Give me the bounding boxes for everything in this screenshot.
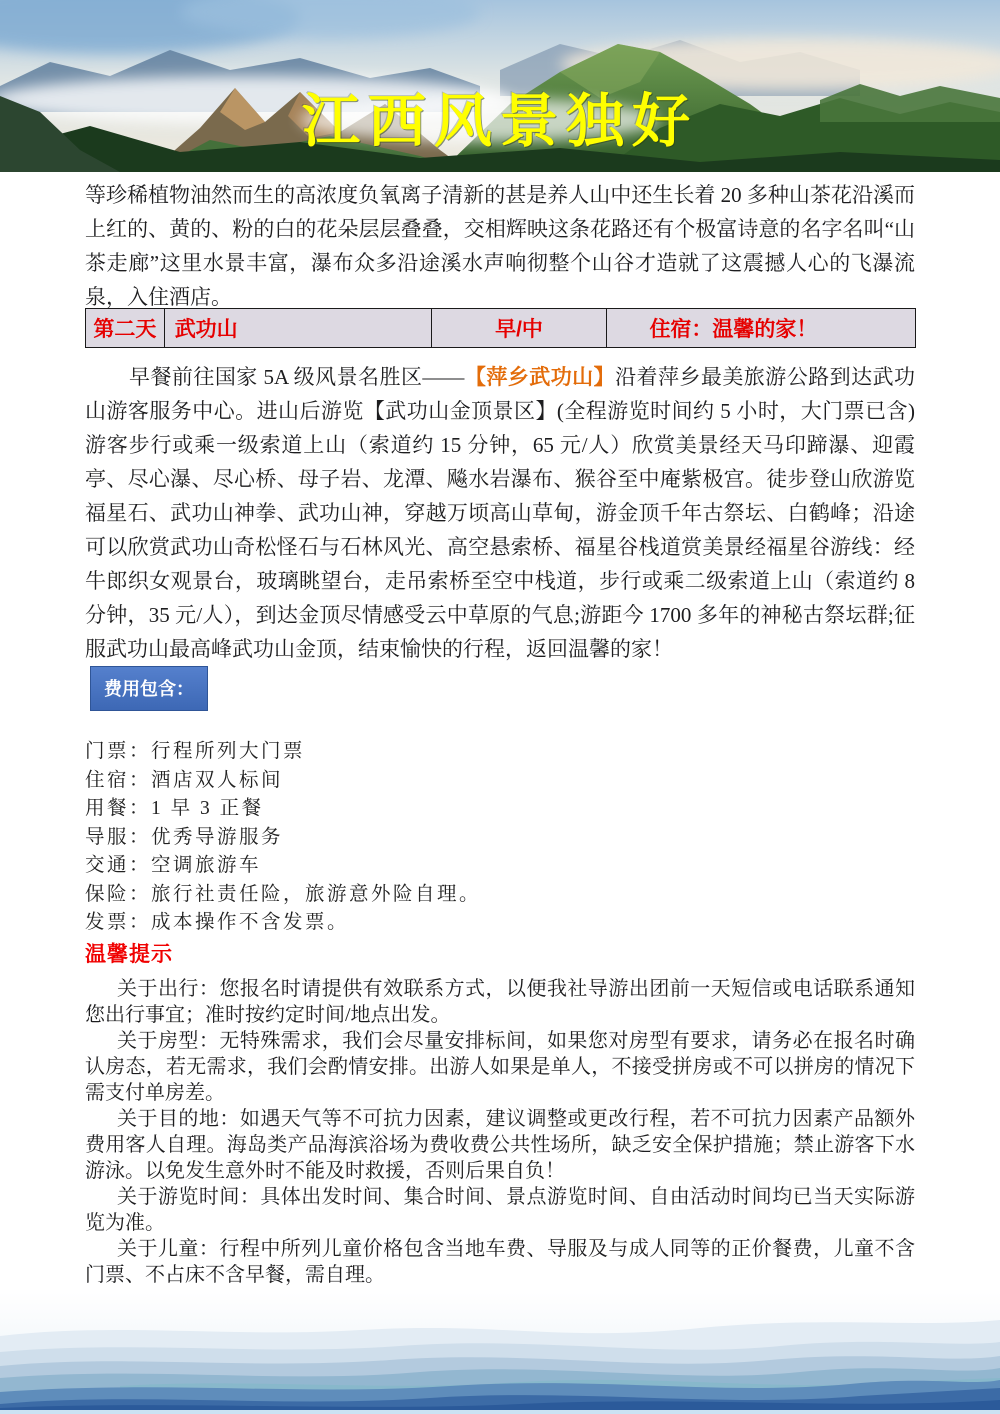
day-detail-pre: 早餐前往国家 5A 级风景名胜区—— [129, 365, 464, 389]
cost-item: 住宿：酒店双人标间 [85, 767, 915, 796]
tip-paragraph: 关于房型：无特殊需求，我们会尽量安排标间，如果您对房型有要求，请务必在报名时确认… [85, 1028, 915, 1106]
cost-item: 发票：成本操作不含发票。 [85, 909, 915, 938]
tip-paragraph: 关于游览时间：具体出发时间、集合时间、景点游览时间、自由活动时间均已当天实际游览… [85, 1184, 915, 1236]
meals-cell: 早/中 [431, 309, 607, 348]
day-schedule-table: 第二天 武功山 早/中 住宿：温馨的家！ [85, 308, 916, 348]
header-photo: 江西风景独好 [0, 0, 1000, 172]
tips-heading: 温馨提示 [85, 938, 173, 968]
day-detail-post: 沿着萍乡最美旅游公路到达武功山游客服务中心。进山后游览【武功山金顶景区】(全程游… [85, 365, 915, 661]
page-title: 江西风景独好 [0, 74, 1000, 158]
blue-mountains-image [0, 1292, 1000, 1414]
itinerary-page: 江西风景独好 等珍稀植物油然而生的高浓度负氧离子清新的甚是养人山中还生长着 20… [0, 0, 1000, 1414]
cost-include-list: 门票：行程所列大门票住宿：酒店双人标间用餐：1 早 3 正餐导服：优秀导游服务交… [85, 738, 915, 938]
cost-item: 保险：旅行社责任险，旅游意外险自理。 [85, 881, 915, 910]
day-detail-highlight: 【萍乡武功山】 [464, 365, 615, 389]
tip-paragraph: 关于目的地：如遇天气等不可抗力因素，建议调整或更改行程，若不可抗力因素产品额外费… [85, 1106, 915, 1184]
day-label-cell: 第二天 [86, 309, 165, 348]
destination-cell: 武功山 [164, 309, 431, 348]
tips-body: 关于出行：您报名时请提供有效联系方式，以便我社导游出团前一天短信或电话联系通知您… [85, 976, 915, 1288]
cost-item: 门票：行程所列大门票 [85, 738, 915, 767]
stay-cell: 住宿：温馨的家！ [607, 309, 916, 348]
cost-item: 导服：优秀导游服务 [85, 824, 915, 853]
footer-photo [0, 1292, 1000, 1414]
day-detail-paragraph: 早餐前往国家 5A 级风景名胜区——【萍乡武功山】沿着萍乡最美旅游公路到达武功山… [85, 360, 915, 666]
day-schedule-row: 第二天 武功山 早/中 住宿：温馨的家！ [86, 309, 916, 348]
tip-paragraph: 关于儿童：行程中所列儿童价格包含当地车费、导服及与成人同等的正价餐费，儿童不含门… [85, 1236, 915, 1288]
cost-item: 用餐：1 早 3 正餐 [85, 795, 915, 824]
cost-include-badge: 费用包含： [90, 666, 208, 711]
intro-paragraph: 等珍稀植物油然而生的高浓度负氧离子清新的甚是养人山中还生长着 20 多种山茶花沿… [85, 178, 915, 314]
tip-paragraph: 关于出行：您报名时请提供有效联系方式，以便我社导游出团前一天短信或电话联系通知您… [85, 976, 915, 1028]
cost-item: 交通：空调旅游车 [85, 852, 915, 881]
